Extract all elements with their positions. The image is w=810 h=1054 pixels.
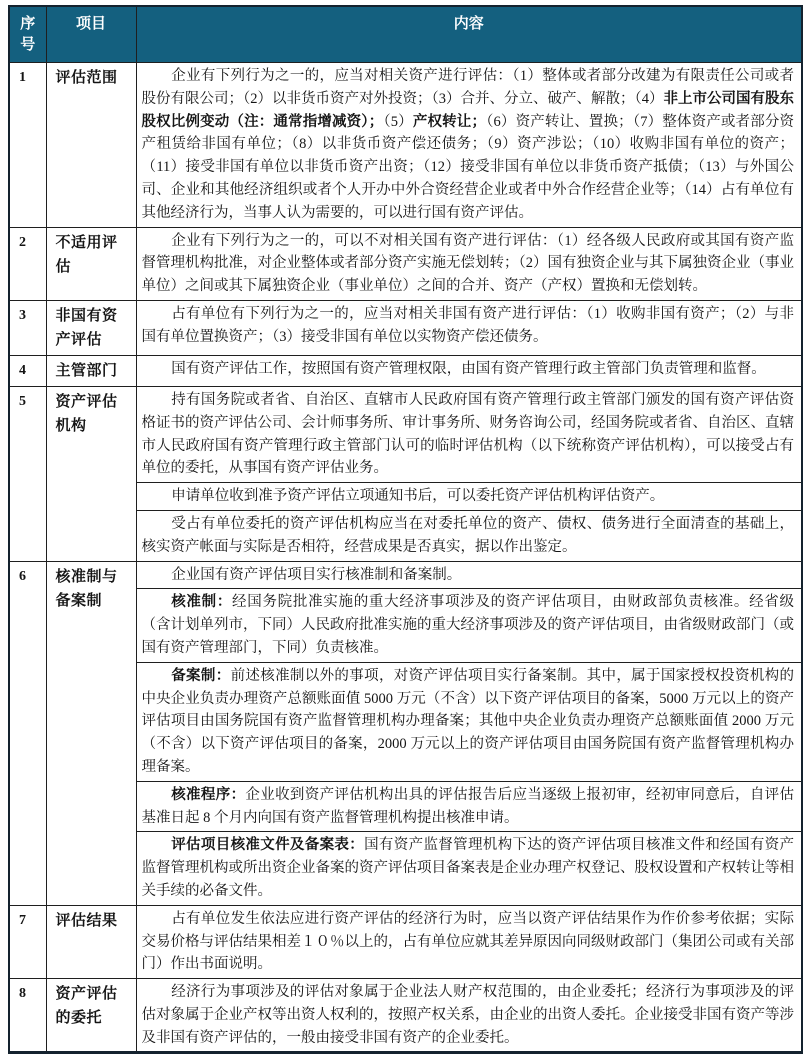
- row-content: 占有单位发生依法应进行资产评估的经济行为时，应当以资产评估结果作为作价参考依据；…: [136, 905, 802, 978]
- content-cell: 企业国有资产评估项目实行核准制和备案制。: [137, 562, 802, 589]
- content-text-bold: 产权转让；: [413, 114, 486, 130]
- content-text: 经济行为事项涉及的评估对象属于企业法人财产权范围的，由企业委托；经济行为事项涉及…: [142, 984, 795, 1046]
- document-page: 序号 项目 内容 1评估范围企业有下列行为之一的，应当对相关资产进行评估：（1）…: [8, 5, 803, 1054]
- row-item-label: 评估范围: [46, 63, 136, 228]
- content-cell: 企业有下列行为之一的，应当对相关资产进行评估：（1）整体或者部分改建为有限责任公…: [137, 63, 802, 227]
- header-col-no: 序号: [9, 6, 46, 63]
- row-content: 持有国务院或者省、自治区、直辖市人民政府国有资产管理行政主管部门颁发的国有资产评…: [136, 386, 802, 561]
- row-number: 5: [9, 386, 46, 561]
- content-cell: 申请单位收到准予资产评估立项通知书后，可以委托资产评估机构评估资产。: [137, 482, 802, 510]
- content-text: 前述核准制以外的事项，对资产评估项目实行备案制。其中，属于国家授权投资机构的中央…: [142, 668, 795, 775]
- row-item-label: 评估结果: [46, 905, 136, 978]
- content-text: 受占有单位委托的资产评估机构应当在对委托单位的资产、债权、债务进行全面清查的基础…: [142, 516, 795, 555]
- row-item-label: 主管部门: [46, 355, 136, 386]
- content-text: 国有资产评估工作，按照国有资产管理权限，由国有资产管理行政主管部门负责管理和监督…: [171, 361, 766, 377]
- row-content: 国有资产评估工作，按照国有资产管理权限，由国有资产管理行政主管部门负责管理和监督…: [136, 355, 802, 386]
- table-body: 1评估范围企业有下列行为之一的，应当对相关资产进行评估：（1）整体或者部分改建为…: [9, 63, 802, 1053]
- content-cell: 占有单位发生依法应进行资产评估的经济行为时，应当以资产评估结果作为作价参考依据；…: [137, 906, 802, 978]
- row-content: 企业有下列行为之一的，可以不对相关国有资产进行评估：（1）经各级人民政府或其国有…: [136, 227, 802, 300]
- table-row: 7评估结果占有单位发生依法应进行资产评估的经济行为时，应当以资产评估结果作为作价…: [9, 905, 802, 978]
- row-item-label: 核准制与备案制: [46, 561, 136, 905]
- content-text: 持有国务院或者省、自治区、直辖市人民政府国有资产管理行政主管部门颁发的国有资产评…: [142, 392, 795, 476]
- row-content: 企业国有资产评估项目实行核准制和备案制。核准制：经国务院批准实施的重大经济事项涉…: [136, 561, 802, 905]
- content-cell: 核准制：经国务院批准实施的重大经济事项涉及的资产评估项目，由财政部负责核准。经省…: [137, 588, 802, 661]
- row-number: 7: [9, 905, 46, 978]
- row-number: 6: [9, 561, 46, 905]
- header-col-item: 项目: [46, 6, 136, 63]
- content-text-bold: 评估项目核准文件及备案表：: [171, 837, 364, 853]
- row-number: 4: [9, 355, 46, 386]
- content-cell: 备案制：前述核准制以外的事项，对资产评估项目实行备案制。其中，属于国家授权投资机…: [137, 662, 802, 781]
- row-number: 2: [9, 227, 46, 300]
- row-item-label: 资产评估机构: [46, 386, 136, 561]
- row-item-label: 不适用评估: [46, 227, 136, 300]
- table-row: 6核准制与备案制企业国有资产评估项目实行核准制和备案制。核准制：经国务院批准实施…: [9, 561, 802, 905]
- content-text: 申请单位收到准予资产评估立项通知书后，可以委托资产评估机构评估资产。: [171, 488, 664, 504]
- content-text-bold: 核准程序：: [171, 787, 245, 803]
- row-number: 3: [9, 300, 46, 355]
- table-header-row: 序号 项目 内容: [9, 6, 802, 63]
- table-row: 1评估范围企业有下列行为之一的，应当对相关资产进行评估：（1）整体或者部分改建为…: [9, 63, 802, 228]
- content-cell: 国有资产评估工作，按照国有资产管理权限，由国有资产管理行政主管部门负责管理和监督…: [137, 356, 802, 383]
- row-item-label: 非国有资产评估: [46, 300, 136, 355]
- header-col-content: 内容: [136, 6, 802, 63]
- content-text: 企业有下列行为之一的，可以不对相关国有资产进行评估：（1）经各级人民政府或其国有…: [142, 233, 795, 295]
- content-cell: 企业有下列行为之一的，可以不对相关国有资产进行评估：（1）经各级人民政府或其国有…: [137, 228, 802, 300]
- content-cell: 评估项目核准文件及备案表：国有资产监督管理机构下达的资产评估项目核准文件和经国有…: [137, 831, 802, 904]
- content-text: 企业国有资产评估项目实行核准制和备案制。: [171, 567, 461, 583]
- asset-evaluation-table: 序号 项目 内容 1评估范围企业有下列行为之一的，应当对相关资产进行评估：（1）…: [8, 5, 803, 1054]
- content-text: 经国务院批准实施的重大经济事项涉及的资产评估项目，由财政部负责核准。经省级（含计…: [142, 594, 795, 656]
- row-content: 占有单位有下列行为之一的，应当对相关非国有资产进行评估：（1）收购非国有资产；（…: [136, 300, 802, 355]
- table-row: 2不适用评估企业有下列行为之一的，可以不对相关国有资产进行评估：（1）经各级人民…: [9, 227, 802, 300]
- content-text: 占有单位发生依法应进行资产评估的经济行为时，应当以资产评估结果作为作价参考依据；…: [142, 911, 795, 973]
- content-text-bold: 备案制：: [171, 668, 230, 684]
- content-cell: 核准程序：企业收到资产评估机构出具的评估报告后应当逐级上报初审，经初审同意后，自…: [137, 781, 802, 832]
- row-item-label: 资产评估的委托: [46, 979, 136, 1053]
- table-row: 5资产评估机构持有国务院或者省、自治区、直辖市人民政府国有资产管理行政主管部门颁…: [9, 386, 802, 561]
- table-row: 4主管部门国有资产评估工作，按照国有资产管理权限，由国有资产管理行政主管部门负责…: [9, 355, 802, 386]
- row-content: 企业有下列行为之一的，应当对相关资产进行评估：（1）整体或者部分改建为有限责任公…: [136, 63, 802, 228]
- row-content: 经济行为事项涉及的评估对象属于企业法人财产权范围的，由企业委托；经济行为事项涉及…: [136, 979, 802, 1053]
- content-cell: 受占有单位委托的资产评估机构应当在对委托单位的资产、债权、债务进行全面清查的基础…: [137, 510, 802, 561]
- row-number: 1: [9, 63, 46, 228]
- row-number: 8: [9, 979, 46, 1053]
- table-header: 序号 项目 内容: [9, 6, 802, 63]
- content-cell: 占有单位有下列行为之一的，应当对相关非国有资产进行评估：（1）收购非国有资产；（…: [137, 301, 802, 351]
- table-row: 3非国有资产评估占有单位有下列行为之一的，应当对相关非国有资产进行评估：（1）收…: [9, 300, 802, 355]
- content-text: （5）: [383, 114, 413, 130]
- content-text-bold: 核准制：: [171, 594, 232, 610]
- content-cell: 经济行为事项涉及的评估对象属于企业法人财产权范围的，由企业委托；经济行为事项涉及…: [137, 979, 802, 1051]
- content-cell: 持有国务院或者省、自治区、直辖市人民政府国有资产管理行政主管部门颁发的国有资产评…: [137, 387, 802, 482]
- table-row: 8资产评估的委托经济行为事项涉及的评估对象属于企业法人财产权范围的，由企业委托；…: [9, 979, 802, 1053]
- content-text: 占有单位有下列行为之一的，应当对相关非国有资产进行评估：（1）收购非国有资产；（…: [142, 306, 795, 345]
